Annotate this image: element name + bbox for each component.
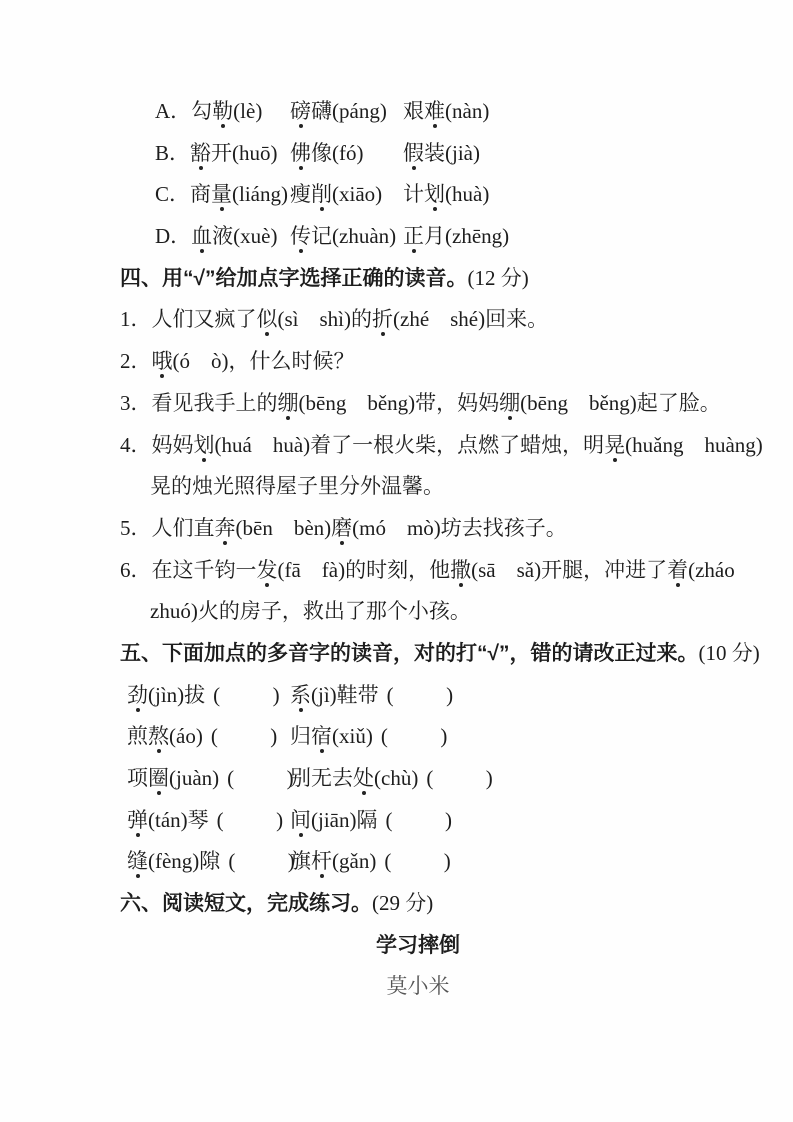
word-with-blank: 煎熬(áo)( ) bbox=[127, 716, 290, 758]
option-label: A． bbox=[155, 99, 191, 123]
section-5: 五、下面加点的多音字的读音，对的打“√”，错的请改正过来。(10 分) 劲(jì… bbox=[0, 633, 793, 883]
text-run: (fó) bbox=[332, 141, 363, 165]
option-label: D． bbox=[155, 224, 191, 248]
text-run: (zhuàn) bbox=[332, 224, 396, 248]
text-run: (fā fà)的时刻，他 bbox=[278, 558, 451, 582]
text-run: 商 bbox=[190, 182, 211, 206]
text-run: (gǎn) bbox=[332, 849, 376, 873]
exam-page: A．勾勒(lè)磅礴(páng)艰难(nàn)B．豁开(huō)佛像(fó)假装… bbox=[0, 0, 793, 1122]
emphasized-char: 哦 bbox=[152, 349, 173, 373]
text-run: 4．妈妈 bbox=[120, 433, 194, 457]
option-item: B．豁开(huō) bbox=[155, 133, 290, 175]
emphasized-char: 豁 bbox=[190, 141, 211, 165]
word-with-blank: 间(jiān)隔( ) bbox=[290, 800, 452, 842]
emphasized-char: 难 bbox=[424, 99, 445, 123]
emphasized-char: 晃 bbox=[604, 433, 625, 457]
question-line: zhuó)火的房子，救出了那个小孩。 bbox=[150, 591, 793, 633]
text-run: 装 bbox=[424, 141, 445, 165]
text-run: (huǎng huàng) bbox=[625, 433, 763, 457]
question-line: 1．人们又疯了似(sì shì)的折(zhé shé)回来。 bbox=[120, 299, 793, 341]
option-label: B． bbox=[155, 141, 190, 165]
text-run: (zháo bbox=[688, 558, 735, 582]
text-run: (bēng běng)起了脸。 bbox=[520, 391, 721, 415]
text-run: (áo) bbox=[169, 724, 203, 748]
option-item: 艰难(nàn) bbox=[403, 91, 489, 133]
text-run: zhuó)火的房子，救出了那个小孩。 bbox=[150, 599, 471, 623]
section-4-questions: 1．人们又疯了似(sì shì)的折(zhé shé)回来。2．哦(ó ò)，什… bbox=[0, 299, 793, 633]
question3-options-block: A．勾勒(lè)磅礴(páng)艰难(nàn)B．豁开(huō)佛像(fó)假装… bbox=[0, 91, 793, 258]
option-row: D．血液(xuè)传记(zhuàn)正月(zhēng) bbox=[155, 216, 793, 258]
text-run: (mó mò)坊去找孩子。 bbox=[352, 516, 567, 540]
word-with-blank: 系(jì)鞋带( ) bbox=[290, 675, 453, 717]
section-6-heading-text: 六、阅读短文，完成练习。 bbox=[120, 892, 372, 915]
text-run: 礴 bbox=[311, 99, 332, 123]
text-run: 1．人们又疯了 bbox=[120, 307, 257, 331]
text-run: (bēn bèn) bbox=[236, 516, 332, 540]
emphasized-char: 奔 bbox=[215, 516, 236, 540]
text-run: (sì shì)的 bbox=[278, 307, 373, 331]
emphasized-char: 绷 bbox=[499, 391, 520, 415]
emphasized-char: 划 bbox=[424, 182, 445, 206]
option-item: 佛像(fó) bbox=[290, 133, 403, 175]
section-4: 四、用“√”给加点字选择正确的读音。(12 分) 1．人们又疯了似(sì shì… bbox=[0, 258, 793, 633]
question-line: 晃的烛光照得屋子里分外温馨。 bbox=[150, 466, 793, 508]
text-run: (fèng)隙 bbox=[148, 849, 220, 873]
emphasized-char: 血 bbox=[191, 224, 212, 248]
emphasized-char: 绷 bbox=[278, 391, 299, 415]
text-run: 勾 bbox=[191, 99, 212, 123]
text-run: (huō) bbox=[232, 141, 278, 165]
text-run: (chù) bbox=[374, 766, 418, 790]
answer-blank: ( ) bbox=[211, 724, 278, 748]
text-run: 月 bbox=[424, 224, 445, 248]
text-run: 3．看见我手上的 bbox=[120, 391, 278, 415]
question-line: 5．人们直奔(bēn bèn)磨(mó mò)坊去找孩子。 bbox=[120, 508, 793, 550]
emphasized-char: 撒 bbox=[450, 558, 471, 582]
question-line: 2．哦(ó ò)，什么时候？ bbox=[120, 341, 793, 383]
emphasized-char: 勒 bbox=[212, 99, 233, 123]
text-run: 像 bbox=[311, 141, 332, 165]
text-run: (liáng) bbox=[232, 182, 288, 206]
question-line: 4．妈妈划(huá huà)着了一根火柴，点燃了蜡烛，明晃(huǎng huàn… bbox=[120, 425, 793, 467]
emphasized-char: 传 bbox=[290, 224, 311, 248]
option-item: 计划(huà) bbox=[403, 174, 489, 216]
emphasized-char: 正 bbox=[403, 224, 424, 248]
text-run: (jì)鞋带 bbox=[311, 683, 379, 707]
text-run: (ó ò)，什么时候？ bbox=[173, 349, 355, 373]
answer-blank: ( ) bbox=[213, 683, 280, 707]
text-run: (tán)琴 bbox=[148, 808, 209, 832]
text-run: 煎 bbox=[127, 724, 148, 748]
emphasized-char: 磅 bbox=[290, 99, 311, 123]
answer-blank: ( ) bbox=[217, 808, 284, 832]
emphasized-char: 杆 bbox=[311, 849, 332, 873]
emphasized-char: 间 bbox=[290, 808, 311, 832]
text-run: 记 bbox=[311, 224, 332, 248]
text-run: (sā sǎ)开腿，冲进了 bbox=[471, 558, 667, 582]
emphasized-char: 处 bbox=[353, 766, 374, 790]
text-run: 旗 bbox=[290, 849, 311, 873]
option-item: 假装(jià) bbox=[403, 133, 480, 175]
exam-content: A．勾勒(lè)磅礴(páng)艰难(nàn)B．豁开(huō)佛像(fó)假装… bbox=[0, 0, 793, 1008]
answer-blank: ( ) bbox=[387, 683, 454, 707]
emphasized-char: 弹 bbox=[127, 808, 148, 832]
text-run: 瘦 bbox=[290, 182, 311, 206]
text-run: 开 bbox=[211, 141, 232, 165]
text-run: (jiān)隔 bbox=[311, 808, 377, 832]
article-title: 学习摔倒 bbox=[120, 925, 716, 967]
emphasized-char: 磨 bbox=[331, 516, 352, 540]
option-row: C．商量(liáng)瘦削(xiāo)计划(huà) bbox=[155, 174, 793, 216]
emphasized-char: 似 bbox=[257, 307, 278, 331]
emphasized-char: 发 bbox=[257, 558, 278, 582]
option-item: 正月(zhēng) bbox=[403, 216, 509, 258]
answer-blank: ( ) bbox=[385, 808, 452, 832]
option-item: 传记(zhuàn) bbox=[290, 216, 403, 258]
section-5-heading: 五、下面加点的多音字的读音，对的打“√”，错的请改正过来。(10 分) bbox=[120, 633, 793, 675]
emphasized-char: 折 bbox=[372, 307, 393, 331]
text-run: (jià) bbox=[445, 141, 480, 165]
emphasized-char: 熬 bbox=[148, 724, 169, 748]
text-run: 6．在这千钧一 bbox=[120, 558, 257, 582]
option-item: D．血液(xuè) bbox=[155, 216, 290, 258]
answer-blank: ( ) bbox=[227, 766, 294, 790]
emphasized-char: 劲 bbox=[127, 683, 148, 707]
emphasized-char: 削 bbox=[311, 182, 332, 206]
answer-blank: ( ) bbox=[384, 849, 451, 873]
text-run: (xuè) bbox=[233, 224, 277, 248]
option-row: B．豁开(huō)佛像(fó)假装(jià) bbox=[155, 133, 793, 175]
multi-tone-row: 劲(jìn)拔( )系(jì)鞋带( ) bbox=[127, 675, 793, 717]
option-item: 磅礴(páng) bbox=[290, 91, 403, 133]
answer-blank: ( ) bbox=[426, 766, 493, 790]
emphasized-char: 假 bbox=[403, 141, 424, 165]
text-run: (páng) bbox=[332, 99, 387, 123]
multi-tone-row: 项圈(juàn)( )别无去处(chù)( ) bbox=[127, 758, 793, 800]
word-with-blank: 劲(jìn)拔( ) bbox=[127, 675, 290, 717]
text-run: 别无去 bbox=[290, 766, 353, 790]
multi-tone-row: 弹(tán)琴( )间(jiān)隔( ) bbox=[127, 800, 793, 842]
section-6: 六、阅读短文，完成练习。(29 分) 学习摔倒 莫小米 bbox=[0, 883, 793, 1008]
section-6-score: (29 分) bbox=[372, 891, 433, 915]
text-run: (huà) bbox=[445, 182, 489, 206]
emphasized-char: 宿 bbox=[311, 724, 332, 748]
word-with-blank: 项圈(juàn)( ) bbox=[127, 758, 290, 800]
text-run: 液 bbox=[212, 224, 233, 248]
emphasized-char: 圈 bbox=[148, 766, 169, 790]
section-4-heading-text: 四、用“√”给加点字选择正确的读音。 bbox=[120, 267, 468, 290]
word-with-blank: 归宿(xiǔ)( ) bbox=[290, 716, 447, 758]
text-run: 5．人们直 bbox=[120, 516, 215, 540]
multi-tone-row: 煎熬(áo)( )归宿(xiǔ)( ) bbox=[127, 716, 793, 758]
text-run: 归 bbox=[290, 724, 311, 748]
option-item: C．商量(liáng) bbox=[155, 174, 290, 216]
word-with-blank: 弹(tán)琴( ) bbox=[127, 800, 290, 842]
text-run: (nàn) bbox=[445, 99, 489, 123]
section-6-heading: 六、阅读短文，完成练习。(29 分) bbox=[120, 883, 793, 925]
text-run: (xiǔ) bbox=[332, 724, 373, 748]
option-row: A．勾勒(lè)磅礴(páng)艰难(nàn) bbox=[155, 91, 793, 133]
option-label: C． bbox=[155, 182, 190, 206]
section-4-heading: 四、用“√”给加点字选择正确的读音。(12 分) bbox=[120, 258, 793, 300]
text-run: 项 bbox=[127, 766, 148, 790]
emphasized-char: 佛 bbox=[290, 141, 311, 165]
section-5-word-rows: 劲(jìn)拔( )系(jì)鞋带( )煎熬(áo)( )归宿(xiǔ)( )项… bbox=[0, 675, 793, 883]
emphasized-char: 着 bbox=[667, 558, 688, 582]
text-run: 2． bbox=[120, 349, 152, 373]
question-line: 3．看见我手上的绷(bēng běng)带，妈妈绷(bēng běng)起了脸。 bbox=[120, 383, 793, 425]
emphasized-char: 划 bbox=[194, 433, 215, 457]
text-run: (jìn)拔 bbox=[148, 683, 205, 707]
text-run: (juàn) bbox=[169, 766, 219, 790]
section-4-score: (12 分) bbox=[468, 266, 529, 290]
text-run: (zhēng) bbox=[445, 224, 509, 248]
text-run: (xiāo) bbox=[332, 182, 382, 206]
option-item: A．勾勒(lè) bbox=[155, 91, 290, 133]
text-run: (bēng běng)带，妈妈 bbox=[299, 391, 500, 415]
word-with-blank: 缝(fèng)隙( ) bbox=[127, 841, 290, 883]
text-run: (lè) bbox=[233, 99, 262, 123]
text-run: 艰 bbox=[403, 99, 424, 123]
text-run: (huá huà)着了一根火柴，点燃了蜡烛，明 bbox=[215, 433, 605, 457]
word-with-blank: 旗杆(gǎn)( ) bbox=[290, 841, 451, 883]
option-item: 瘦削(xiāo) bbox=[290, 174, 403, 216]
text-run: 计 bbox=[403, 182, 424, 206]
text-run: (zhé shé)回来。 bbox=[393, 307, 548, 331]
article-author: 莫小米 bbox=[120, 966, 716, 1008]
emphasized-char: 缝 bbox=[127, 849, 148, 873]
answer-blank: ( ) bbox=[228, 849, 295, 873]
multi-tone-row: 缝(fèng)隙( )旗杆(gǎn)( ) bbox=[127, 841, 793, 883]
word-with-blank: 别无去处(chù)( ) bbox=[290, 758, 493, 800]
answer-blank: ( ) bbox=[381, 724, 448, 748]
text-run: 晃的烛光照得屋子里分外温馨。 bbox=[150, 474, 444, 498]
question-line: 6．在这千钧一发(fā fà)的时刻，他撒(sā sǎ)开腿，冲进了着(zháo bbox=[120, 550, 793, 592]
section-5-score: (10 分) bbox=[699, 641, 760, 665]
emphasized-char: 系 bbox=[290, 683, 311, 707]
emphasized-char: 量 bbox=[211, 182, 232, 206]
section-5-heading-text: 五、下面加点的多音字的读音，对的打“√”，错的请改正过来。 bbox=[120, 642, 699, 665]
